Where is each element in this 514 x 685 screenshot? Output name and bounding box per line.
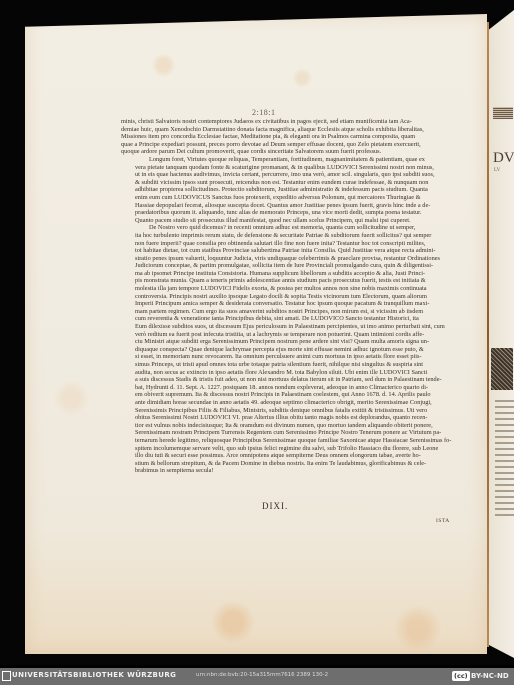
text-line: enim eum cum LUDOVICUS Sanctus fuos prot… xyxy=(121,194,459,202)
facing-page-edge: DV LV xyxy=(489,10,514,658)
text-line: minis, christi Salvatoris nostri contemp… xyxy=(121,118,459,126)
paragraph: Longum foret, Virtutes quoque reliquas, … xyxy=(121,156,459,224)
text-line: ternarum herede legitimo, reliquosque Pr… xyxy=(121,437,459,445)
text-line: ita hoc turbulento imprimis rerum statu,… xyxy=(121,232,459,240)
text-line: cum reverentia & veneratione tanta Princ… xyxy=(121,315,459,323)
text-line: controversia. Principis nostri auxilio i… xyxy=(121,293,459,301)
closing-word: DIXI. xyxy=(262,501,288,511)
ornament-band-icon xyxy=(493,107,513,119)
facing-page-initial: DV xyxy=(493,150,514,167)
text-line: non fuere imperii? quae consilia pro obt… xyxy=(121,240,459,248)
text-line: pis monstrata munia. Quam a teneris prim… xyxy=(121,277,459,285)
text-line: ma ab ipsomet Principe instituta Consist… xyxy=(121,270,459,278)
page-number: 2:18:1 xyxy=(252,108,275,117)
text-line: Missiones item pro concordia Ecclesiae f… xyxy=(121,133,459,141)
text-line: Serenissimis Principibus Filiis & Filiab… xyxy=(121,407,459,415)
urn-identifier: urn:nbn:de:bvb:20-15a315mm7616 2389 130-… xyxy=(196,672,328,678)
library-logo-icon xyxy=(2,671,11,681)
book-gutter xyxy=(487,22,489,647)
text-line: ctu Ministri atque subditi erga Sereniss… xyxy=(121,338,459,346)
text-line: obitus Serenissimi Nostri LUDOVICI VI. p… xyxy=(121,414,459,422)
paragraph: minis, christi Salvatoris nostri contemp… xyxy=(121,118,459,156)
text-line: & subditi vicissim ipsos sunt prosecuti,… xyxy=(121,179,459,187)
text-line: bat, Hydrunti d. 11. Sept. A. 1227. post… xyxy=(121,384,459,392)
text-line: Serenissimam nostram Principem Turrensis… xyxy=(121,429,459,437)
text-line: em obiverit supremum. Ita & discessus no… xyxy=(121,391,459,399)
text-line: illo diu tuti & securi esse possimus. Ar… xyxy=(121,452,459,460)
text-line: si esset, in memoriam nunc revocarem. It… xyxy=(121,353,459,361)
text-line: Imperii Principum amica semper & desider… xyxy=(121,300,459,308)
body-text: minis, christi Salvatoris nostri contemp… xyxy=(121,118,459,475)
text-line: praedatoribus quorum it. aliquando, tunc… xyxy=(121,209,459,217)
creative-commons-icon[interactable]: (cc) xyxy=(452,671,470,681)
facing-page-subtitle: LV xyxy=(494,168,500,173)
paragraph: De Nostro vero quid dicemus? in recenti … xyxy=(121,224,459,475)
text-line: vera pietate tanquam quodam fonte & scat… xyxy=(121,164,459,172)
text-line: Judiciorum conceptae, & partim promulgat… xyxy=(121,262,459,270)
woodcut-initial-icon xyxy=(491,348,513,390)
text-line: verò reditum ea fuerit post infecuta tri… xyxy=(121,331,459,339)
institution-name: UNIVERSITÄTSBIBLIOTHEK WÜRZBURG xyxy=(12,671,176,679)
text-line: Hassiae depopulari fecerat, aliosque sus… xyxy=(121,202,459,210)
facing-page-text-lines xyxy=(495,400,514,520)
catchword: ISTA xyxy=(436,518,450,524)
text-line: adhibitae propterea sollicitudines. Prot… xyxy=(121,186,459,194)
text-line: simus Princeps, ut tristi apud omnes tot… xyxy=(121,361,459,369)
text-line: tot habitae dietae, tot cum statibus Pro… xyxy=(121,247,459,255)
footer-bar: UNIVERSITÄTSBIBLIOTHEK WÜRZBURG urn:nbn:… xyxy=(0,668,514,685)
text-line: ante dimidiam horae secundae in anno aet… xyxy=(121,399,459,407)
text-line: a suis discessus Stadis & tristis fuit a… xyxy=(121,376,459,384)
text-line: brabimus in sempiterna secula! xyxy=(121,467,459,475)
text-line: ut in eis quae hactenus audivimus, invic… xyxy=(121,171,459,179)
text-line: Longum foret, Virtutes quoque reliquas, … xyxy=(121,156,459,164)
text-line: spitem incolumemque servare velit, quo s… xyxy=(121,445,459,453)
text-line: molestia illa jam tempore LUDOVICI Fidel… xyxy=(121,285,459,293)
text-line: audita, non secus ac extincto in ipso ae… xyxy=(121,369,459,377)
text-line: quoque ardore parum Dei cultum promoveri… xyxy=(121,148,459,156)
text-line: De Nostro vero quid dicemus? in recenti … xyxy=(121,224,459,232)
text-line: diquaque conspecta? Quae denique lachrym… xyxy=(121,346,459,354)
text-line: stratio penes ipsum valuerit, loquuntur … xyxy=(121,255,459,263)
text-line: quae a Principe expediari possunt, prece… xyxy=(121,141,459,149)
text-line: tior est vulnus nobis indecisiusque; Ita… xyxy=(121,422,459,430)
scan-viewer: DV LV 2:18:1 minis, christi Salvatoris n… xyxy=(0,0,514,665)
text-line: Eum dilexisse subditos suos, ut discessu… xyxy=(121,323,459,331)
license-label[interactable]: BY-NC-ND xyxy=(471,672,509,680)
text-line: stium & bellorum strepitum, & da Pacem D… xyxy=(121,460,459,468)
text-line: demiae huic, quam Xenodochio Darmstattin… xyxy=(121,126,459,134)
text-line: Quanto pacem studio sit prosecutus illud… xyxy=(121,217,459,225)
text-line: mam partem regimen. Cum ergo ita suos am… xyxy=(121,308,459,316)
